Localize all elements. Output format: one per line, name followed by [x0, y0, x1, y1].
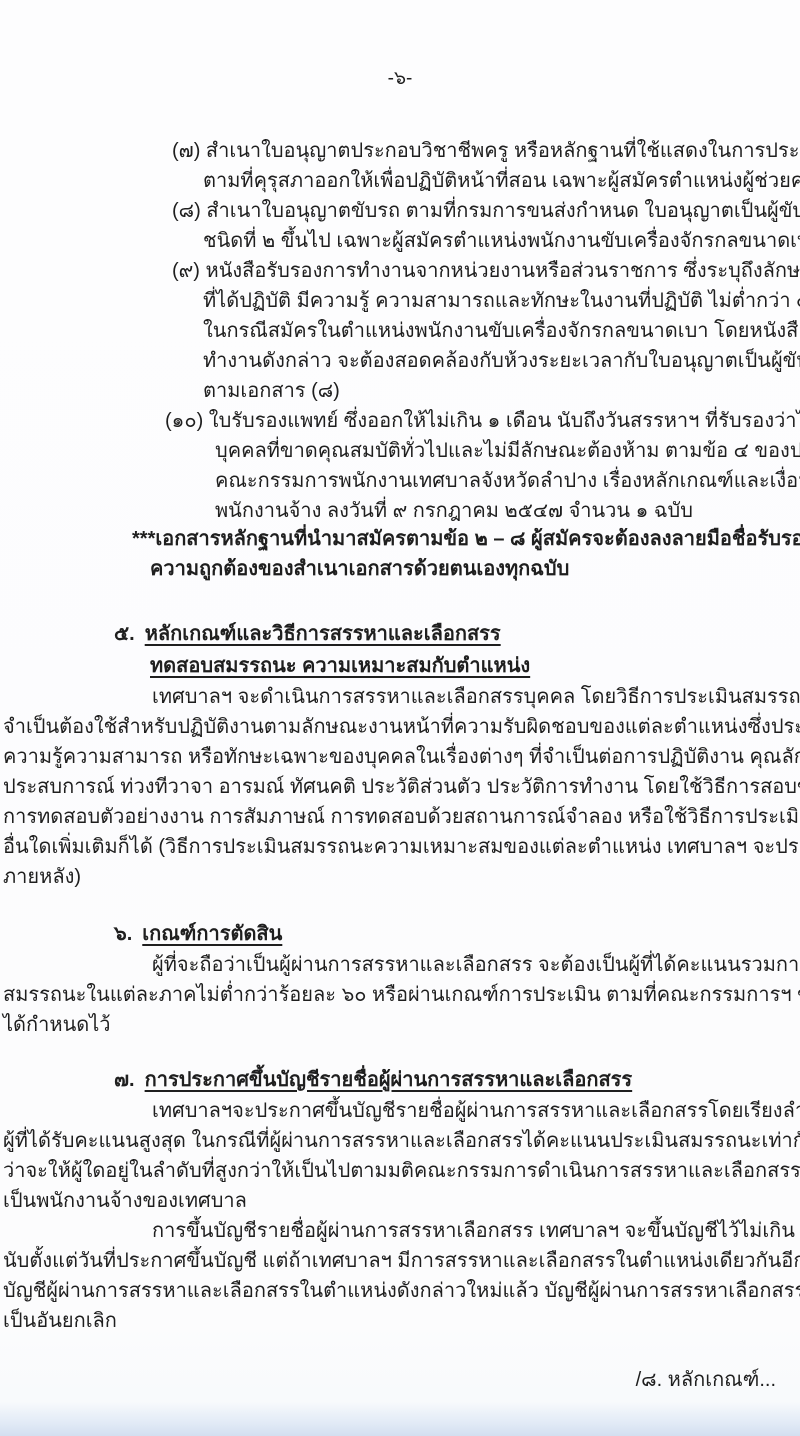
section-5-heading: ๕.หลักเกณฑ์และวิธีการสรรหาและเลือกสรร: [0, 618, 800, 650]
list-item-line: ชนิดที่ ๒ ขึ้นไป เฉพาะผู้สมัครตำแหน่งพนั…: [0, 226, 800, 256]
section-subtitle: ทดสอบสมรรถนะ ความเหมาะสมกับตำแหน่ง: [150, 655, 530, 677]
section-7-announcement-of-list: ๗.การประกาศขึ้นบัญชีรายชื่อผู้ผ่านการสรร…: [0, 1064, 800, 1336]
list-item-line: (๙) หนังสือรับรองการทำงานจากหน่วยงานหรือ…: [0, 256, 800, 286]
paragraph-line: การขึ้นบัญชีรายชื่อผู้ผ่านการสรรหาเลือกส…: [0, 1216, 800, 1246]
list-item-line: (๗) สำเนาใบอนุญาตประกอบวิชาชีพครู หรือหล…: [0, 136, 800, 166]
section-number: ๖.: [114, 923, 132, 945]
paragraph-line: เป็นพนักงานจ้างของเทศบาล: [0, 1186, 800, 1216]
paragraph-line: อื่นใดเพิ่มเติมก็ได้ (วิธีการประเมินสมรร…: [0, 832, 800, 862]
section-title: หลักเกณฑ์และวิธีการสรรหาและเลือกสรร: [145, 623, 501, 645]
paragraph-line: บัญชีผู้ผ่านการสรรหาและเลือกสรรในตำแหน่ง…: [0, 1276, 800, 1306]
item-text: หนังสือรับรองการทำงานจากหน่วยงานหรือส่วน…: [206, 260, 800, 282]
list-item-9: (๙) หนังสือรับรองการทำงานจากหน่วยงานหรือ…: [0, 256, 800, 406]
item-text: สำเนาใบอนุญาตขับรถ ตามที่กรมการขนส่งกำหน…: [206, 200, 800, 222]
item-number: (๗): [172, 140, 200, 162]
section-title: การประกาศขึ้นบัญชีรายชื่อผู้ผ่านการสรรหา…: [145, 1069, 633, 1091]
section-number: ๕.: [114, 623, 135, 645]
list-item-7: (๗) สำเนาใบอนุญาตประกอบวิชาชีพครู หรือหล…: [0, 136, 800, 196]
paragraph-line: ผู้ที่ได้รับคะแนนสูงสุด ในกรณีที่ผู้ผ่าน…: [0, 1126, 800, 1156]
list-item-line: ตามเอกสาร (๘): [0, 376, 800, 406]
list-item-line: (๘) สำเนาใบอนุญาตขับรถ ตามที่กรมการขนส่ง…: [0, 196, 800, 226]
paragraph-line: จำเป็นต้องใช้สำหรับปฏิบัติงานตามลักษณะงา…: [0, 712, 800, 742]
paragraph-line: ได้กำหนดไว้: [0, 1010, 800, 1040]
list-item-line: คณะกรรมการพนักงานเทศบาลจังหวัดลำปาง เรื่…: [0, 466, 800, 496]
item-number: (๑๐): [165, 410, 203, 432]
section-6-judging-criteria: ๖.เกณฑ์การตัดสิน ผู้ที่จะถือว่าเป็นผู้ผ่…: [0, 918, 800, 1040]
section-number: ๗.: [114, 1069, 135, 1091]
section-5-criteria-and-selection: ๕.หลักเกณฑ์และวิธีการสรรหาและเลือกสรร ทด…: [0, 618, 800, 892]
item-text: ใบรับรองแพทย์ ซึ่งออกให้ไม่เกิน ๑ เดือน …: [209, 410, 800, 432]
document-page: -๖- (๗) สำเนาใบอนุญาตประกอบวิชาชีพครู หร…: [0, 0, 800, 1436]
paragraph-line: สมรรถนะในแต่ละภาคไม่ต่ำกว่าร้อยละ ๖๐ หรื…: [0, 980, 800, 1010]
list-item-line: (๑๐) ใบรับรองแพทย์ ซึ่งออกให้ไม่เกิน ๑ เ…: [0, 406, 800, 436]
list-item-line: บุคคลที่ขาดคุณสมบัติทั่วไปและไม่มีลักษณะ…: [0, 436, 800, 466]
section-6-heading: ๖.เกณฑ์การตัดสิน: [0, 918, 800, 950]
note-line: ความถูกต้องของสำเนาเอกสารด้วยตนเองทุกฉบั…: [0, 554, 800, 584]
scanned-page-bottom-edge: [0, 1402, 800, 1436]
list-item-line: พนักงานจ้าง ลงวันที่ ๙ กรกฎาคม ๒๕๔๗ จำนว…: [0, 496, 800, 526]
list-item-line: ในกรณีสมัครในตำแหน่งพนักงานขับเครื่องจัก…: [0, 316, 800, 346]
list-item-line: ที่ได้ปฏิบัติ มีความรู้ ความสามารถและทัก…: [0, 286, 800, 316]
paragraph-line: ผู้ที่จะถือว่าเป็นผู้ผ่านการสรรหาและเลือ…: [0, 950, 800, 980]
paragraph-line: เทศบาลฯจะประกาศขึ้นบัญชีรายชื่อผู้ผ่านกา…: [0, 1096, 800, 1126]
certification-note: ***เอกสารหลักฐานที่นำมาสมัครตามข้อ ๒ – ๘…: [0, 524, 800, 584]
item-text: สำเนาใบอนุญาตประกอบวิชาชีพครู หรือหลักฐา…: [206, 140, 800, 162]
evidence-document-list: (๗) สำเนาใบอนุญาตประกอบวิชาชีพครู หรือหล…: [0, 136, 800, 526]
paragraph-line: เป็นอันยกเลิก: [0, 1306, 800, 1336]
continuation-marker: /๘. หลักเกณฑ์...: [636, 1366, 776, 1394]
paragraph-line: ประสบการณ์ ท่วงทีวาจา อารมณ์ ทัศนคติ ประ…: [0, 772, 800, 802]
section-7-heading: ๗.การประกาศขึ้นบัญชีรายชื่อผู้ผ่านการสรร…: [0, 1064, 800, 1096]
page-number: -๖-: [0, 66, 800, 92]
paragraph-line: ความรู้ความสามารถ หรือทักษะเฉพาะของบุคคล…: [0, 742, 800, 772]
item-number: (๘): [172, 200, 201, 222]
list-item-10: (๑๐) ใบรับรองแพทย์ ซึ่งออกให้ไม่เกิน ๑ เ…: [0, 406, 800, 526]
note-line: ***เอกสารหลักฐานที่นำมาสมัครตามข้อ ๒ – ๘…: [0, 524, 800, 554]
paragraph-line: ภายหลัง): [0, 862, 800, 892]
list-item-line: ทำงานดังกล่าว จะต้องสอดคล้องกับห้วงระยะเ…: [0, 346, 800, 376]
section-title: เกณฑ์การตัดสิน: [142, 923, 282, 945]
paragraph-line: นับตั้งแต่วันที่ประกาศขึ้นบัญชี แต่ถ้าเท…: [0, 1246, 800, 1276]
paragraph-line: การทดสอบตัวอย่างงาน การสัมภาษณ์ การทดสอบ…: [0, 802, 800, 832]
paragraph-line: ว่าจะให้ผู้ใดอยู่ในลำดับที่สูงกว่าให้เป็…: [0, 1156, 800, 1186]
list-item-line: ตามที่คุรุสภาออกให้เพื่อปฏิบัติหน้าที่สอ…: [0, 166, 800, 196]
list-item-8: (๘) สำเนาใบอนุญาตขับรถ ตามที่กรมการขนส่ง…: [0, 196, 800, 256]
item-number: (๙): [172, 260, 200, 282]
section-5-subheading: ทดสอบสมรรถนะ ความเหมาะสมกับตำแหน่ง: [0, 650, 800, 682]
paragraph-line: เทศบาลฯ จะดำเนินการสรรหาและเลือกสรรบุคคล…: [0, 682, 800, 712]
